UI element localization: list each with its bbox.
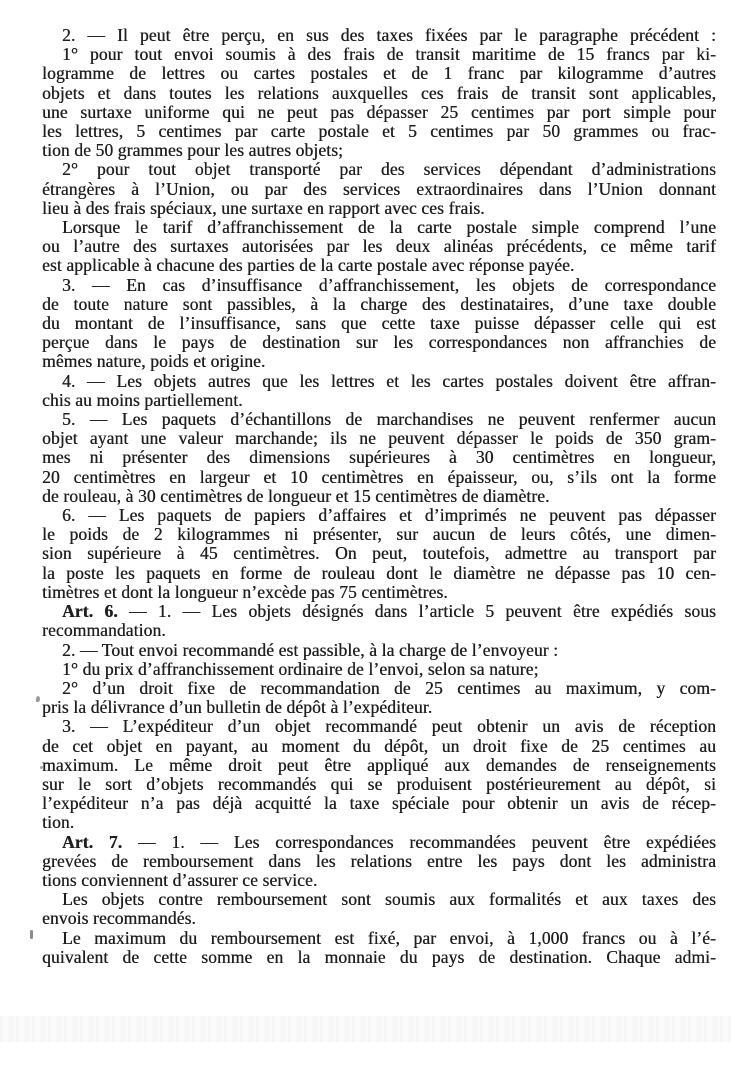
text-line: sur le sort d’objets recommandés qui se … [42, 775, 716, 794]
text-line: Les objets contre remboursement sont sou… [42, 890, 716, 909]
text-line: 3. — En cas d’insuffisance d’affranchiss… [42, 276, 716, 295]
scanned-page: 2. — Il peut être perçu, en sus des taxe… [0, 0, 731, 1078]
text-line: objet ayant une valeur marchande; ils ne… [42, 429, 716, 448]
para-art6-2-item-1deg-prix: 1° du prix d’affranchissement ordinaire … [42, 660, 716, 679]
text-line: de cet objet en payant, au moment du dép… [42, 737, 716, 756]
para-art6-2-item-2deg-droit-fixe: 2° d’un droit fixe de recommandation de … [42, 679, 716, 717]
para-objets-contre-remboursement: Les objets contre remboursement sont sou… [42, 890, 716, 928]
text-line: de toute nature sont passibles, à la cha… [42, 295, 716, 314]
text-line: logramme de lettres ou cartes postales e… [42, 64, 716, 83]
text-line: les lettres, 5 centimes par carte postal… [42, 122, 716, 141]
text-line: tion de 50 grammes pour les autres objet… [42, 141, 716, 160]
text-line: Le maximum du remboursement est fixé, pa… [42, 929, 716, 948]
text-line: chis au moins partiellement. [42, 391, 716, 410]
text-line: une surtaxe uniforme qui ne peut pas dép… [42, 103, 716, 122]
article-6-label: Art. 6. [62, 601, 118, 621]
text-line: grevées de remboursement dans les relati… [42, 852, 716, 871]
text-line: ou l’autre des surtaxes autorisées par l… [42, 237, 716, 256]
document-text-block: 2. — Il peut être perçu, en sus des taxe… [42, 26, 716, 967]
text-line: 2° d’un droit fixe de recommandation de … [42, 679, 716, 698]
text-line: 20 centimètres en largeur et 10 centimèt… [42, 468, 716, 487]
text-line: envois recommandés. [42, 909, 716, 928]
text-line: 3. — L’expéditeur d’un objet recommandé … [42, 717, 716, 736]
para-section-2-intro: 2. — Il peut être perçu, en sus des taxe… [42, 26, 716, 45]
para-section-5-echantillons: 5. — Les paquets d’échantillons de march… [42, 410, 716, 506]
text-line: l’expéditeur n’a pas déjà acquitté la ta… [42, 794, 716, 813]
para-section-4-affranchissement-partiel: 4. — Les objets autres que les lettres e… [42, 372, 716, 410]
text-line: quivalent de cette somme en la monnaie d… [42, 948, 716, 967]
text-line: 4. — Les objets autres que les lettres e… [42, 372, 716, 391]
text-line: tions conviennent d’assurer ce service. [42, 871, 716, 890]
para-maximum-remboursement: Le maximum du remboursement est fixé, pa… [42, 929, 716, 967]
para-section-6-papiers-affaires: 6. — Les paquets de papiers d’affaires e… [42, 506, 716, 602]
text-line: le poids de 2 kilogrammes ni présenter, … [42, 525, 716, 544]
para-item-1deg-transit-maritime: 1° pour tout envoi soumis à des frais de… [42, 45, 716, 160]
scan-speck [40, 766, 43, 769]
para-section-3-insuffisance: 3. — En cas d’insuffisance d’affranchiss… [42, 276, 716, 372]
text-line: objets et dans toutes les relations auxq… [42, 84, 716, 103]
text-line: du montant de l’insuffisance, sans que c… [42, 314, 716, 333]
text-line: la poste les paquets en forme de rouleau… [42, 564, 716, 583]
text-line: Art. 7. — 1. — Les correspondances recom… [42, 833, 716, 852]
text-line: 6. — Les paquets de papiers d’affaires e… [42, 506, 716, 525]
para-item-2deg-services-etrangers: 2° pour tout objet transporté par des se… [42, 160, 716, 218]
para-article-6-1-recommandation: Art. 6. — 1. — Les objets désignés dans … [42, 602, 716, 640]
text-line: timètres et dont la longueur n’excède pa… [42, 583, 716, 602]
text-line: 1° pour tout envoi soumis à des frais de… [42, 45, 716, 64]
text-line: sion supérieure à 45 centimètres. On peu… [42, 544, 716, 563]
text-line: Lorsque le tarif d’affranchissement de l… [42, 218, 716, 237]
para-art6-3-avis-reception: 3. — L’expéditeur d’un objet recommandé … [42, 717, 716, 832]
text-line: 2. — Il peut être perçu, en sus des taxe… [42, 26, 716, 45]
text-line: est applicable à chacune des parties de … [42, 256, 716, 275]
text-line: tion. [42, 813, 716, 832]
text-line: mes ni présenter des dimensions supérieu… [42, 448, 716, 467]
text-line: étrangères à l’Union, ou par des service… [42, 180, 716, 199]
para-carte-postale-reponse-payee: Lorsque le tarif d’affranchissement de l… [42, 218, 716, 276]
scan-artifact-band [0, 1016, 731, 1042]
para-art6-2-envoi-recommande: 2. — Tout envoi recommandé est passible,… [42, 641, 716, 660]
text-line: lieu à des frais spéciaux, une surtaxe e… [42, 199, 716, 218]
scan-speck [30, 930, 33, 939]
text-line: 2° pour tout objet transporté par des se… [42, 160, 716, 179]
text-line: recommandation. [42, 621, 716, 640]
text-line: 2. — Tout envoi recommandé est passible,… [42, 641, 716, 660]
text-line: maximum. Le même droit peut être appliqu… [42, 756, 716, 775]
article-6-first-line: — 1. — Les objets désignés dans l’articl… [118, 601, 716, 621]
scan-speck [36, 696, 40, 702]
article-7-first-line: — 1. — Les correspondances recommandées … [122, 832, 716, 852]
text-line: Art. 6. — 1. — Les objets désignés dans … [42, 602, 716, 621]
text-line: 5. — Les paquets d’échantillons de march… [42, 410, 716, 429]
text-line: 1° du prix d’affranchissement ordinaire … [42, 660, 716, 679]
text-line: pris la délivrance d’un bulletin de dépô… [42, 698, 716, 717]
text-line: perçue dans le pays de destination sur l… [42, 333, 716, 352]
text-line: de rouleau, à 30 centimètres de longueur… [42, 487, 716, 506]
text-line: mêmes nature, poids et origine. [42, 352, 716, 371]
article-7-label: Art. 7. [62, 832, 122, 852]
para-article-7-1-remboursement: Art. 7. — 1. — Les correspondances recom… [42, 833, 716, 891]
